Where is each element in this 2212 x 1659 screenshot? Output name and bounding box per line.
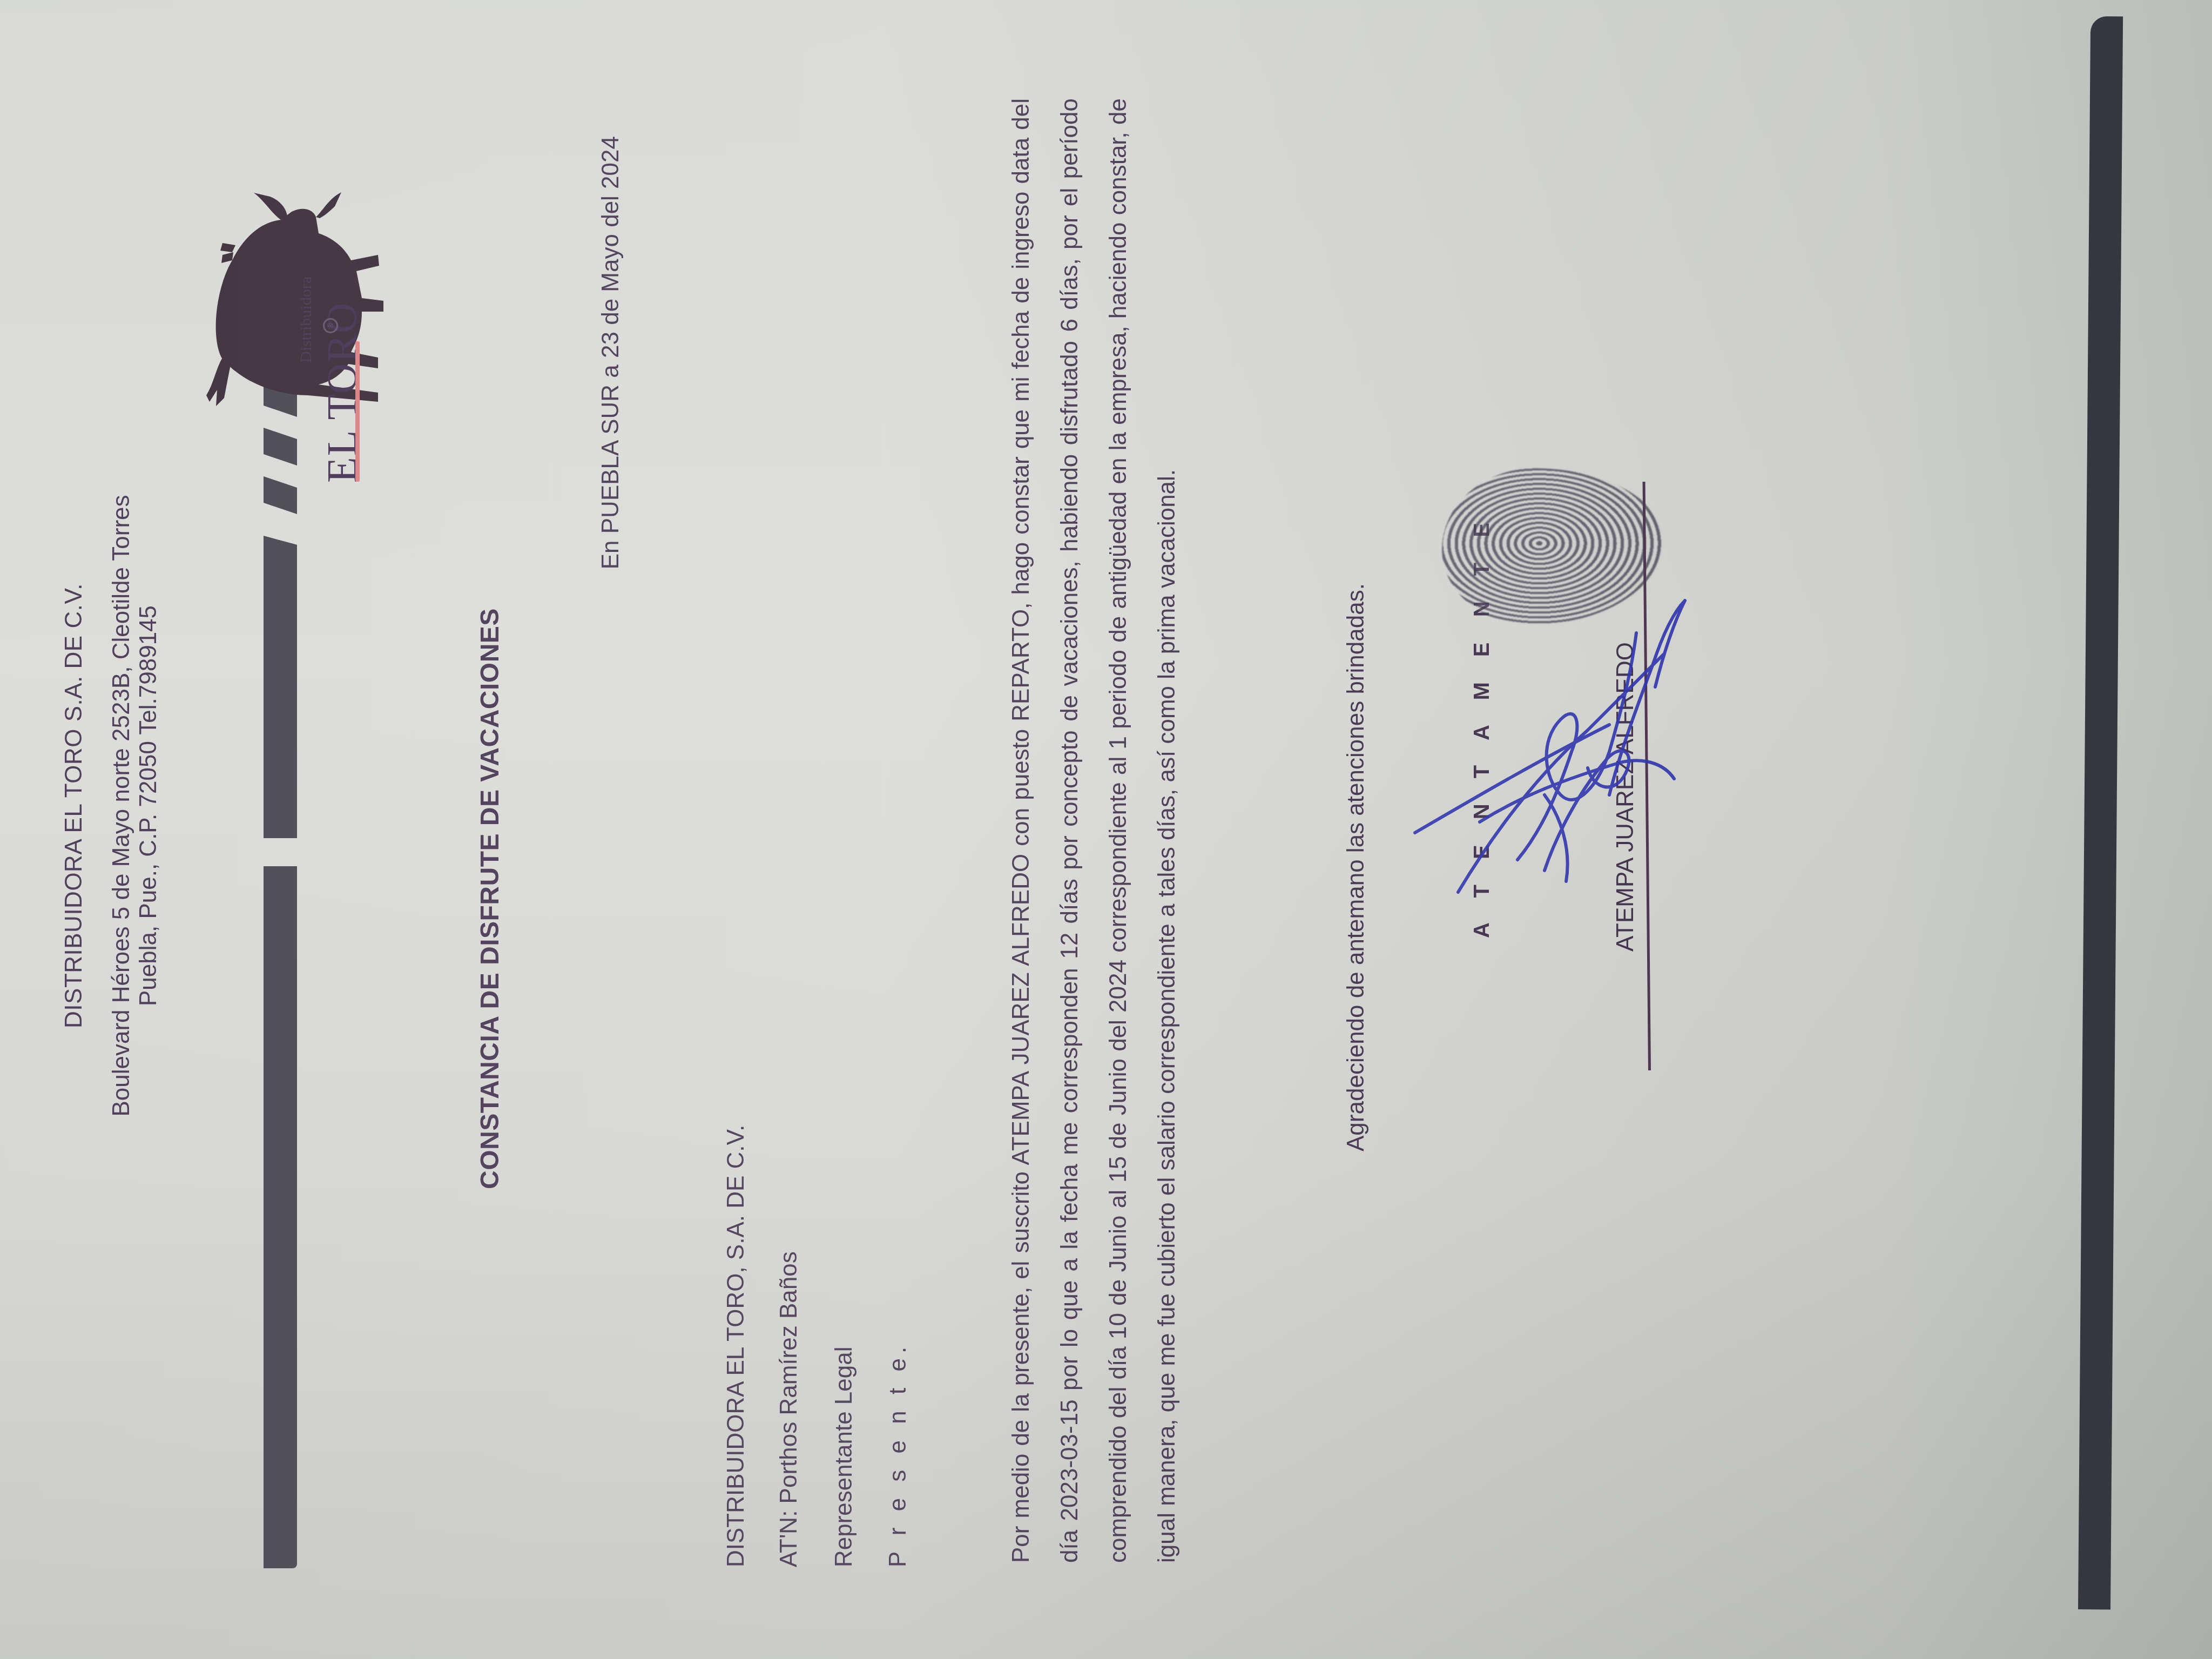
company-address: Boulevard Héroes 5 de Mayo norte 2523B, … bbox=[108, 276, 135, 1335]
signature-scribble-icon bbox=[1382, 579, 1717, 957]
company-name: DISTRIBUIDORA EL TORO S.A. DE C.V. bbox=[60, 276, 87, 1335]
addressee-company: DISTRIBUIDORA EL TORO, S.A. DE C.V. bbox=[723, 1125, 750, 1567]
logo-tagline bbox=[355, 341, 360, 482]
footer-decorative-bar bbox=[2078, 16, 2123, 1609]
registered-mark-icon: ® bbox=[323, 318, 338, 333]
place-date: En PUEBLA SUR a 23 de Mayo del 2024 bbox=[597, 136, 624, 569]
document-page: DISTRIBUIDORA EL TORO S.A. DE C.V. Boule… bbox=[0, 0, 2212, 1659]
addressee-presente: P r e s e n t e. bbox=[885, 1342, 912, 1567]
addressee-attention: AT'N: Porthos Ramírez Baños bbox=[775, 1251, 802, 1567]
company-city-phone: Puebla, Pue., C.P. 72050 Tel.7989145 bbox=[135, 276, 162, 1335]
header-bar-segment bbox=[264, 536, 297, 838]
document-title: CONSTANCIA DE DISFRUTE DE VACACIONES bbox=[475, 433, 505, 1189]
addressee-role: Representante Legal bbox=[831, 1346, 858, 1567]
header-decorative-bar bbox=[264, 866, 297, 1568]
body-paragraph: Por medio de la presente, el suscrito AT… bbox=[997, 98, 1191, 1563]
closing-text: Agradeciendo de antemano las atenciones … bbox=[1343, 583, 1370, 1151]
logo-small-text: Distribuidora bbox=[297, 276, 315, 363]
